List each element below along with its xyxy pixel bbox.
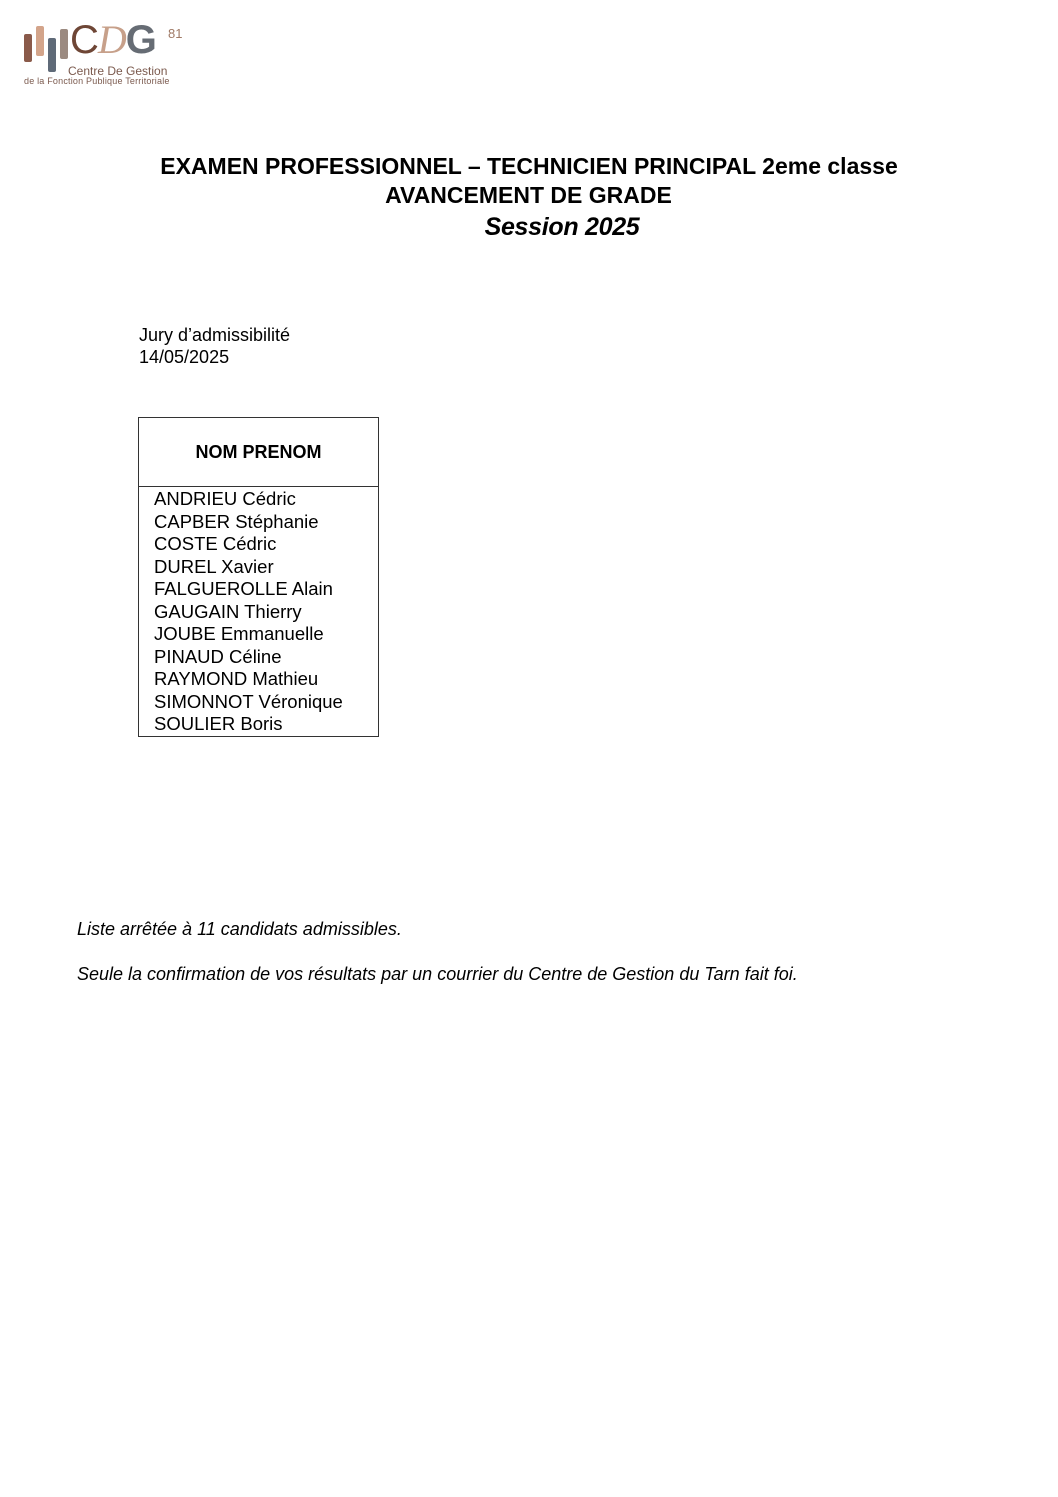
- logo-org-subtitle: de la Fonction Publique Territoriale: [24, 76, 170, 86]
- table-body: ANDRIEU CédricCAPBER StéphanieCOSTE Cédr…: [139, 487, 378, 736]
- table-row: CAPBER Stéphanie: [154, 511, 378, 534]
- candidates-table: NOM PRENOM ANDRIEU CédricCAPBER Stéphani…: [138, 417, 379, 737]
- logo-letters: CDG: [70, 18, 156, 62]
- table-row: DUREL Xavier: [154, 556, 378, 579]
- table-row: GAUGAIN Thierry: [154, 601, 378, 624]
- table-row: PINAUD Céline: [154, 646, 378, 669]
- logo-bar: [24, 34, 32, 62]
- table-header: NOM PRENOM: [139, 418, 378, 487]
- logo-letter-g: G: [126, 18, 156, 62]
- candidate-count-note: Liste arrêtée à 11 candidats admissibles…: [77, 919, 402, 940]
- table-row: JOUBE Emmanuelle: [154, 623, 378, 646]
- document-title: EXAMEN PROFESSIONNEL – TECHNICIEN PRINCI…: [0, 152, 1058, 181]
- logo-bar: [60, 29, 68, 59]
- jury-date: 14/05/2025: [139, 346, 290, 368]
- document-subtitle: AVANCEMENT DE GRADE: [0, 181, 1058, 210]
- jury-label: Jury d’admissibilité: [139, 324, 290, 346]
- logo-letter-d: D: [98, 17, 126, 62]
- logo-bar: [48, 38, 56, 72]
- table-row: SOULIER Boris: [154, 713, 378, 736]
- disclaimer-note: Seule la confirmation de vos résultats p…: [77, 964, 798, 985]
- session-label: Session 2025: [66, 210, 1058, 244]
- logo-superscript: 81: [168, 26, 182, 41]
- jury-info: Jury d’admissibilité 14/05/2025: [139, 324, 290, 368]
- cdg81-logo: CDG 81 Centre De Gestion de la Fonction …: [22, 24, 192, 88]
- document-header: EXAMEN PROFESSIONNEL – TECHNICIEN PRINCI…: [0, 152, 1058, 244]
- logo-bar: [36, 26, 44, 56]
- table-row: ANDRIEU Cédric: [154, 488, 378, 511]
- logo-letter-c: C: [70, 18, 98, 62]
- table-row: SIMONNOT Véronique: [154, 691, 378, 714]
- table-row: COSTE Cédric: [154, 533, 378, 556]
- table-row: RAYMOND Mathieu: [154, 668, 378, 691]
- table-row: FALGUEROLLE Alain: [154, 578, 378, 601]
